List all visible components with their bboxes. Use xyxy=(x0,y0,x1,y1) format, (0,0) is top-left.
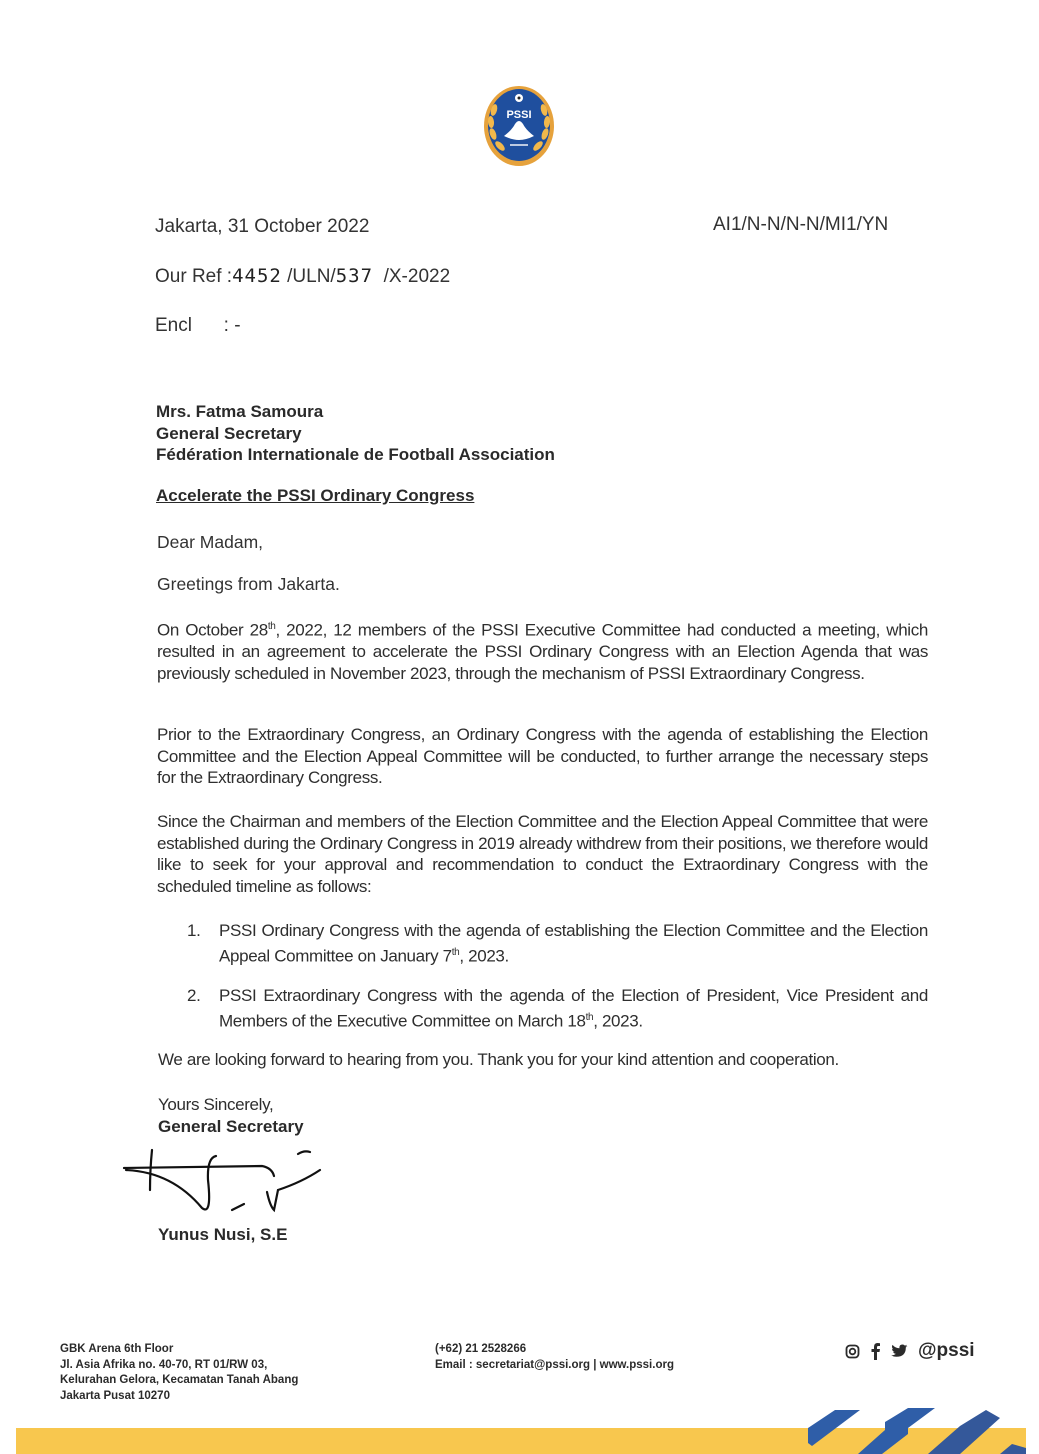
document-code: AI1/N-N/N-N/MI1/YN xyxy=(713,214,888,236)
recipient-title: General Secretary xyxy=(156,423,555,445)
pssi-crest-icon: PSSI xyxy=(482,84,556,168)
signer-title: General Secretary xyxy=(158,1117,304,1137)
address-line: Jl. Asia Afrika no. 40-70, RT 01/RW 03, xyxy=(60,1358,298,1374)
timeline-text-b: , 2023. xyxy=(593,1011,643,1030)
greeting: Greetings from Jakarta. xyxy=(157,574,340,595)
closing-sentence: We are looking forward to hearing from y… xyxy=(158,1050,839,1070)
p1-text-a: On October 28 xyxy=(157,621,268,640)
timeline-item-text: PSSI Ordinary Congress with the agenda o… xyxy=(219,920,928,967)
enclosure-label: Encl xyxy=(155,315,192,336)
timeline-item-number: 2. xyxy=(187,985,200,1007)
body-paragraph-2: Prior to the Extraordinary Congress, an … xyxy=(157,724,928,789)
body-paragraph-1: On October 28th, 2022, 12 members of the… xyxy=(157,616,928,685)
reference-line: Our Ref :4452 /ULN/537 /X-2022 xyxy=(155,265,450,288)
timeline-text-a: PSSI Extraordinary Congress with the age… xyxy=(219,986,928,1030)
timeline-text-b: , 2023. xyxy=(459,946,509,965)
social-handle[interactable]: @pssi xyxy=(918,1340,975,1362)
subject-line: Accelerate the PSSI Ordinary Congress xyxy=(156,486,474,506)
address-line: Jakarta Pusat 10270 xyxy=(60,1389,298,1405)
place-date: Jakarta, 31 October 2022 xyxy=(155,216,369,238)
recipient-name: Mrs. Fatma Samoura xyxy=(156,401,555,423)
recipient-block: Mrs. Fatma Samoura General Secretary Féd… xyxy=(156,401,555,466)
recipient-organization: Fédération Internationale de Football As… xyxy=(156,444,555,466)
footer-email-web[interactable]: Email : secretariat@pssi.org | www.pssi.… xyxy=(435,1358,674,1374)
reference-suffix: /X-2022 xyxy=(373,266,450,287)
timeline-item-text: PSSI Extraordinary Congress with the age… xyxy=(219,985,928,1032)
reference-middle: /ULN/ xyxy=(282,266,336,287)
svg-text:PSSI: PSSI xyxy=(506,109,531,121)
reference-separator: : xyxy=(222,266,233,287)
twitter-icon[interactable] xyxy=(891,1344,908,1359)
social-links: @pssi xyxy=(845,1340,975,1362)
address-line: GBK Arena 6th Floor xyxy=(60,1342,298,1358)
footer-stripes-decoration xyxy=(790,1398,1039,1454)
timeline-item-number: 1. xyxy=(187,920,200,942)
footer-address: GBK Arena 6th Floor Jl. Asia Afrika no. … xyxy=(60,1342,298,1404)
signer-name: Yunus Nusi, S.E xyxy=(158,1225,287,1245)
enclosure-line: Encl : - xyxy=(155,315,241,337)
instagram-icon[interactable] xyxy=(845,1344,860,1359)
facebook-icon[interactable] xyxy=(870,1342,881,1360)
reference-number-2: 537 xyxy=(336,265,373,287)
valediction: Yours Sincerely, xyxy=(158,1095,273,1115)
footer-contact: (+62) 21 2528266 Email : secretariat@pss… xyxy=(435,1342,674,1373)
salutation: Dear Madam, xyxy=(157,532,263,553)
enclosure-value: : - xyxy=(192,315,241,336)
body-paragraph-3: Since the Chairman and members of the El… xyxy=(157,811,928,898)
address-line: Kelurahan Gelora, Kecamatan Tanah Abang xyxy=(60,1373,298,1389)
timeline-text-a: PSSI Ordinary Congress with the agenda o… xyxy=(219,921,928,965)
footer-phone: (+62) 21 2528266 xyxy=(435,1342,674,1358)
reference-label: Our Ref xyxy=(155,266,222,287)
handwritten-signature-icon xyxy=(112,1140,332,1220)
reference-number: 4452 xyxy=(232,265,282,287)
